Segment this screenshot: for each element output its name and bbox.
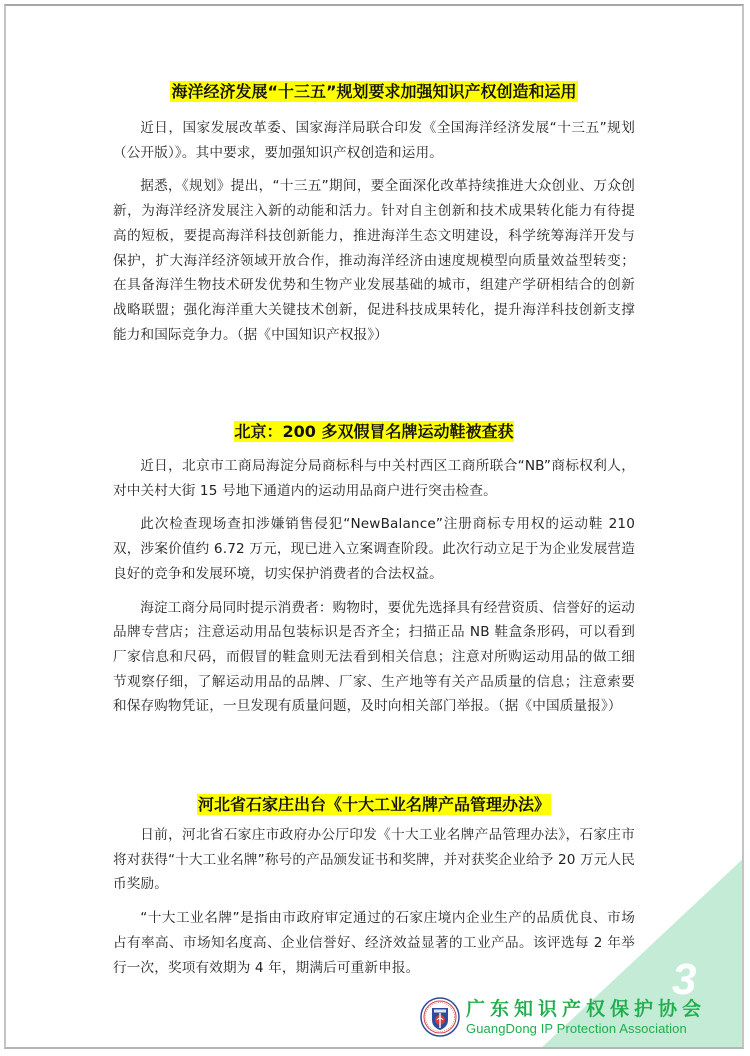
article-heading-wrap: 海洋经济发展“十三五”规划要求加强知识产权创造和运用 bbox=[113, 80, 635, 104]
article-paragraph: 近日，北京市工商局海淀分局商标科与中关村西区工商所联合“NB”商标权利人，对中关… bbox=[113, 454, 635, 503]
footer-logo: 广东知识产权保护协会 GuangDong IP Protection Assoc… bbox=[420, 997, 706, 1037]
article-beijing-counterfeit-shoes: 北京：200 多双假冒名牌运动鞋被查获 近日，北京市工商局海淀分局商标科与中关村… bbox=[113, 420, 635, 719]
article-paragraph: 海淀工商分局同时提示消费者：购物时，要优先选择具有经营资质、信誉好的运动品牌专营… bbox=[113, 596, 635, 720]
article-heading: 海洋经济发展“十三五”规划要求加强知识产权创造和运用 bbox=[170, 81, 577, 102]
article-paragraph: 据悉，《规划》提出，“十三五”期间，要全面深化改革持续推进大众创业、万众创新，为… bbox=[113, 174, 635, 347]
article-heading: 北京：200 多双假冒名牌运动鞋被查获 bbox=[234, 421, 515, 442]
org-name-block: 广东知识产权保护协会 GuangDong IP Protection Assoc… bbox=[466, 998, 706, 1037]
org-name-chinese: 广东知识产权保护协会 bbox=[466, 998, 706, 1020]
org-name-english: GuangDong IP Protection Association bbox=[466, 1020, 706, 1037]
article-heading-wrap: 河北省石家庄出台《十大工业名牌产品管理办法》 bbox=[113, 793, 635, 817]
article-paragraph: 近日，国家发展改革委、国家海洋局联合印发《全国海洋经济发展“十三五”规划（公开版… bbox=[113, 116, 635, 165]
article-paragraph: 日前，河北省石家庄市政府办公厅印发《十大工业名牌产品管理办法》，石家庄市将对获得… bbox=[113, 823, 635, 897]
article-shijiazhuang-brands: 河北省石家庄出台《十大工业名牌产品管理办法》 日前，河北省石家庄市政府办公厅印发… bbox=[113, 793, 635, 980]
article-ocean-economy: 海洋经济发展“十三五”规划要求加强知识产权创造和运用 近日，国家发展改革委、国家… bbox=[113, 80, 635, 347]
association-emblem-icon bbox=[420, 997, 460, 1037]
article-paragraph: “十大工业名牌”是指由市政府审定通过的石家庄境内企业生产的品质优良、市场占有率高… bbox=[113, 906, 635, 980]
article-paragraph: 此次检查现场查扣涉嫌销售侵犯“NewBalance”注册商标专用权的运动鞋 21… bbox=[113, 512, 635, 586]
article-heading: 河北省石家庄出台《十大工业名牌产品管理办法》 bbox=[197, 794, 551, 815]
article-heading-wrap: 北京：200 多双假冒名牌运动鞋被查获 bbox=[113, 420, 635, 444]
